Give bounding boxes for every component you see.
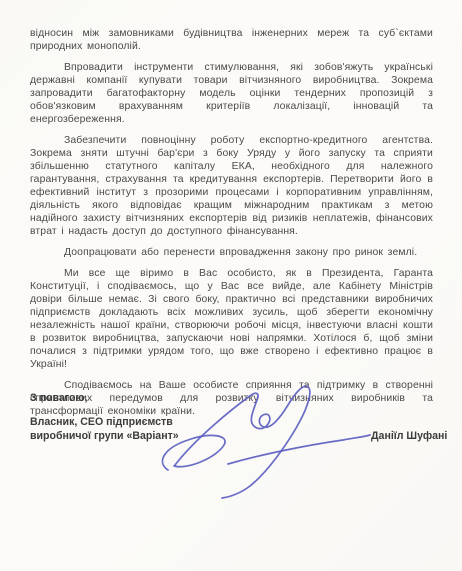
closing-salutation: З повагою,	[30, 392, 250, 405]
paragraph-stimulus-instruments: Впровадити інструменти стимулювання, які…	[30, 61, 433, 126]
letter-body: відносин між замовниками будівництва інж…	[30, 27, 433, 426]
paragraph-export-credit-agency: Забезпечити повноцінну роботу експортно-…	[30, 134, 433, 238]
paragraph-trust-appeal: Ми все ще віримо в Вас особисто, як в Пр…	[30, 267, 433, 371]
signer-title-line-2: виробничої групи «Варіант»	[30, 429, 250, 443]
signer-title-line-1: Власник, СЕО підприємств	[30, 415, 250, 429]
paragraph-continuation: відносин між замовниками будівництва інж…	[30, 27, 433, 53]
paragraph-land-market-law: Доопрацювати або перенести впровадження …	[30, 246, 433, 259]
signer-name: Даніїл Шуфані	[371, 430, 447, 442]
closing-block: З повагою, Власник, СЕО підприємств виро…	[30, 392, 250, 443]
letter-page: відносин між замовниками будівництва інж…	[0, 0, 462, 571]
